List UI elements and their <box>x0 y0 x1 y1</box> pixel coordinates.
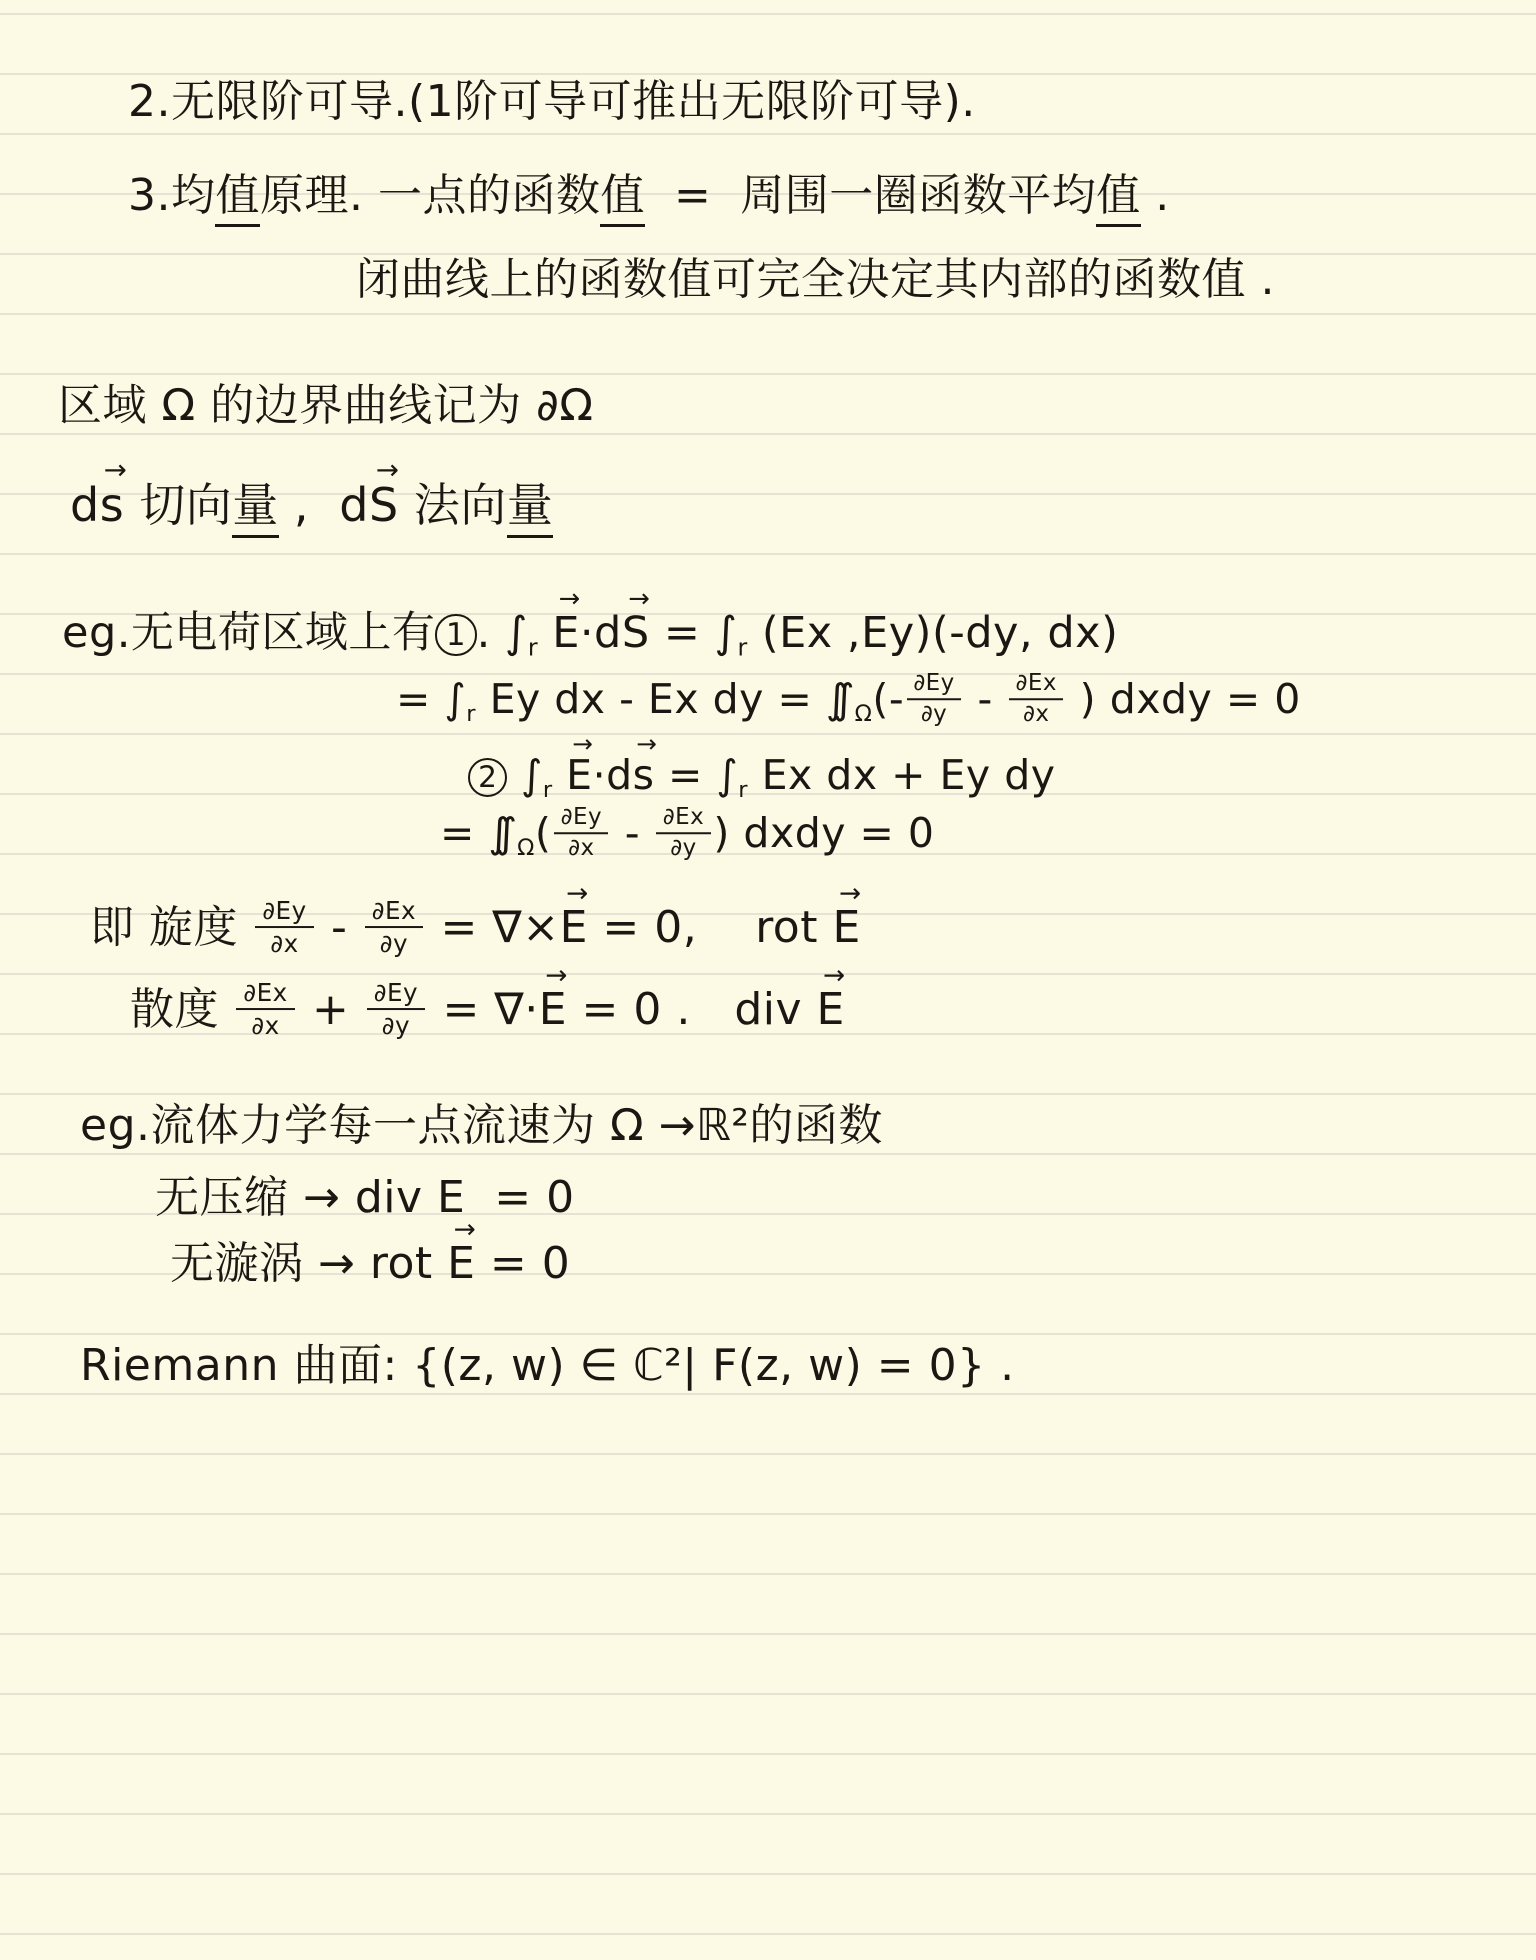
vector-symbol: E <box>832 898 860 957</box>
note-text: + <box>298 984 364 1035</box>
note-text: = 0 <box>475 1238 570 1289</box>
note-text <box>553 751 567 799</box>
note-line-10: 即 旋度 ∂Ey∂x - ∂Ex∂y = ∇×E = 0, rot E <box>90 898 861 960</box>
note-line-12: eg.流体力学每一点流速为 Ω →ℝ²的函数 <box>80 1096 883 1155</box>
notebook-page: 2.无限阶可导.(1阶可导可推出无限阶可导).3.均值原理. 一点的函数值 = … <box>0 0 1536 1960</box>
note-line-7: = ∫r Ey dx - Ex dy = ∫∫Ω(-∂Ey∂y - ∂Ex∂x … <box>396 672 1301 730</box>
note-text: 区域 Ω 的边界曲线记为 ∂Ω <box>58 380 593 431</box>
subscript: r <box>543 777 553 803</box>
note-text: = ∫ <box>655 751 739 799</box>
note-line-14: 无漩涡 → rot E = 0 <box>170 1234 570 1293</box>
note-text: 无压缩 → div E = 0 <box>155 1172 575 1223</box>
underlined-text: 值 <box>1096 170 1141 227</box>
note-text: ·d <box>593 751 633 799</box>
underlined-text: 量 <box>507 478 554 538</box>
note-text <box>538 608 552 658</box>
subscript: r <box>738 777 748 803</box>
note-text: = 周围一圈函数平均 <box>645 170 1096 221</box>
fraction: ∂Ex∂x <box>1009 671 1063 727</box>
note-line-1: 2.无限阶可导.(1阶可导可推出无限阶可导). <box>128 72 976 131</box>
underlined-text: 值 <box>215 170 260 227</box>
vector-symbol: E <box>817 980 845 1039</box>
subscript: r <box>528 633 538 661</box>
note-text: Riemann 曲面: {(z, w) ∈ ℂ²| F(z, w) = 0} . <box>80 1340 1015 1391</box>
note-text: ·d <box>580 608 622 658</box>
vector-symbol: E <box>539 980 567 1039</box>
vector-symbol: s <box>100 474 124 536</box>
note-text: ) dxdy = 0 <box>1066 675 1301 723</box>
note-text: = ∫ <box>396 675 466 723</box>
fraction: ∂Ey∂x <box>255 897 313 957</box>
note-text: = ∇· <box>428 984 539 1035</box>
note-text: = 0 . div <box>567 984 816 1035</box>
fraction: ∂Ex∂y <box>656 805 710 861</box>
note-line-8: 2 ∫r E·ds = ∫r Ex dx + Ey dy <box>468 748 1056 803</box>
vector-symbol: E <box>566 748 592 803</box>
note-text: ) dxdy = 0 <box>713 809 934 857</box>
note-text: 3.均 <box>128 170 215 221</box>
subscript: r <box>737 633 747 661</box>
note-text: (- <box>872 675 904 723</box>
note-text: - <box>611 809 653 857</box>
note-line-15: Riemann 曲面: {(z, w) ∈ ℂ²| F(z, w) = 0} . <box>80 1336 1015 1395</box>
note-line-4: 区域 Ω 的边界曲线记为 ∂Ω <box>58 376 593 435</box>
underlined-text: 值 <box>600 170 645 227</box>
note-text: 2.无限阶可导.(1阶可导可推出无限阶可导). <box>128 76 976 127</box>
note-text: = ∫ <box>650 608 738 658</box>
vector-symbol: E <box>447 1234 475 1293</box>
note-text: . <box>1141 170 1170 221</box>
note-text: eg.无电荷区域上有 <box>62 608 435 658</box>
underlined-text: 量 <box>232 478 279 538</box>
double-integral: ∫∫Ω <box>488 809 535 857</box>
note-line-9: = ∫∫Ω(∂Ey∂x - ∂Ex∂y) dxdy = 0 <box>440 806 935 864</box>
note-text: 闭曲线上的函数值可完全决定其内部的函数值 . <box>356 254 1275 305</box>
note-text: 即 旋度 <box>90 902 252 953</box>
note-line-6: eg.无电荷区域上有1. ∫r E·dS = ∫r (Ex ,Ey)(-dy, … <box>62 604 1118 662</box>
note-line-2: 3.均值原理. 一点的函数值 = 周围一圈函数平均值 . <box>128 166 1170 225</box>
note-text: 切向 <box>124 478 232 532</box>
note-text: - <box>964 675 1006 723</box>
note-line-11: 散度 ∂Ex∂x + ∂Ey∂y = ∇·E = 0 . div E <box>130 980 845 1042</box>
note-line-5: ds 切向量 , dS 法向量 <box>70 474 553 536</box>
fraction: ∂Ex∂x <box>236 979 294 1039</box>
fraction: ∂Ey∂y <box>907 671 961 727</box>
note-text: . ∫ <box>477 608 528 658</box>
note-text: = ∇× <box>426 902 560 953</box>
vector-symbol: S <box>369 474 399 536</box>
vector-symbol: s <box>633 748 655 803</box>
note-text: eg.流体力学每一点流速为 Ω →ℝ²的函数 <box>80 1100 883 1151</box>
vector-symbol: E <box>560 898 588 957</box>
vector-symbol: E <box>552 604 580 662</box>
note-text: , d <box>279 478 369 532</box>
subscript: r <box>466 701 476 727</box>
note-text: Ey dx - Ex dy = <box>476 675 826 723</box>
fraction: ∂Ey∂x <box>554 805 608 861</box>
note-text: 无漩涡 → rot <box>170 1238 447 1289</box>
note-text: Ex dx + Ey dy <box>748 751 1055 799</box>
fraction: ∂Ey∂y <box>367 979 425 1039</box>
note-text: 法向 <box>399 478 507 532</box>
circled-number: 1 <box>435 614 476 655</box>
note-text: - <box>317 902 362 953</box>
note-text: ∫ <box>507 751 542 799</box>
fraction: ∂Ex∂y <box>365 897 423 957</box>
note-text: 散度 <box>130 984 234 1035</box>
vector-symbol: S <box>622 604 650 662</box>
note-line-3: 闭曲线上的函数值可完全决定其内部的函数值 . <box>356 250 1275 309</box>
note-text: = 0, rot <box>588 902 833 953</box>
note-text: d <box>70 478 100 532</box>
note-text: 原理. 一点的函数 <box>260 170 600 221</box>
double-integral: ∫∫Ω <box>826 675 873 723</box>
note-text: ( <box>535 809 552 857</box>
note-text: (Ex ,Ey)(-dy, dx) <box>748 608 1119 658</box>
note-line-13: 无压缩 → div E = 0 <box>155 1168 575 1227</box>
note-text: = <box>440 809 488 857</box>
circled-number: 2 <box>468 758 507 797</box>
